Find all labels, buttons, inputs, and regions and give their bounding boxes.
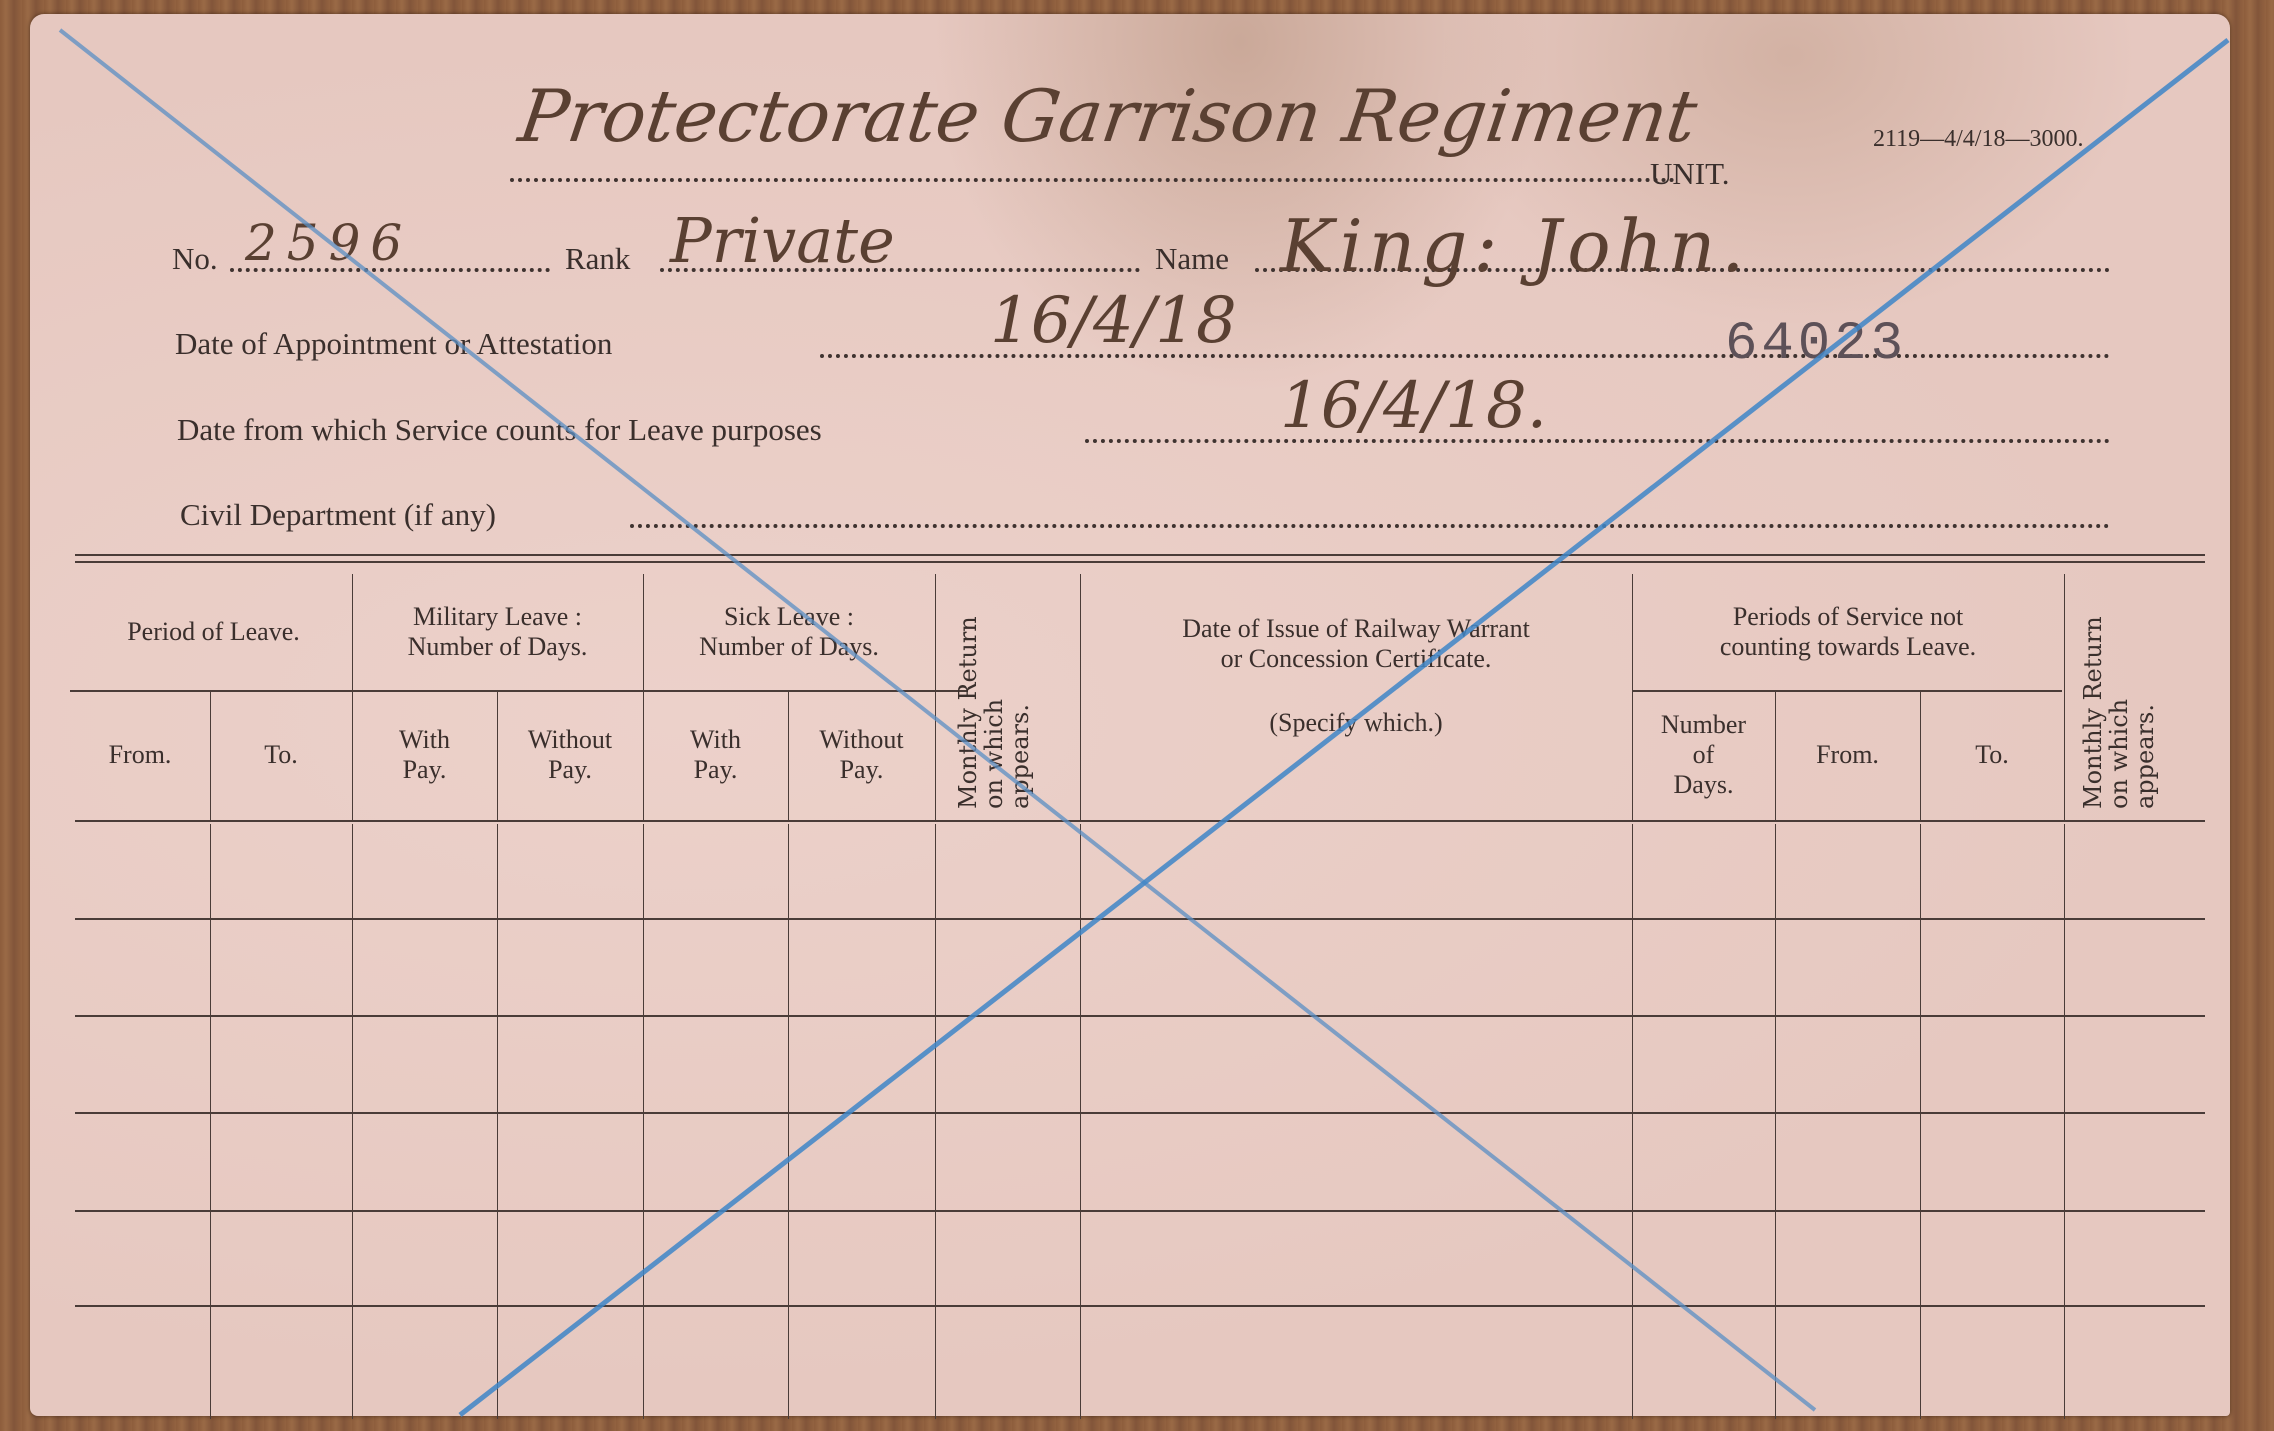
blue-cross-out-mark <box>0 0 2274 1431</box>
